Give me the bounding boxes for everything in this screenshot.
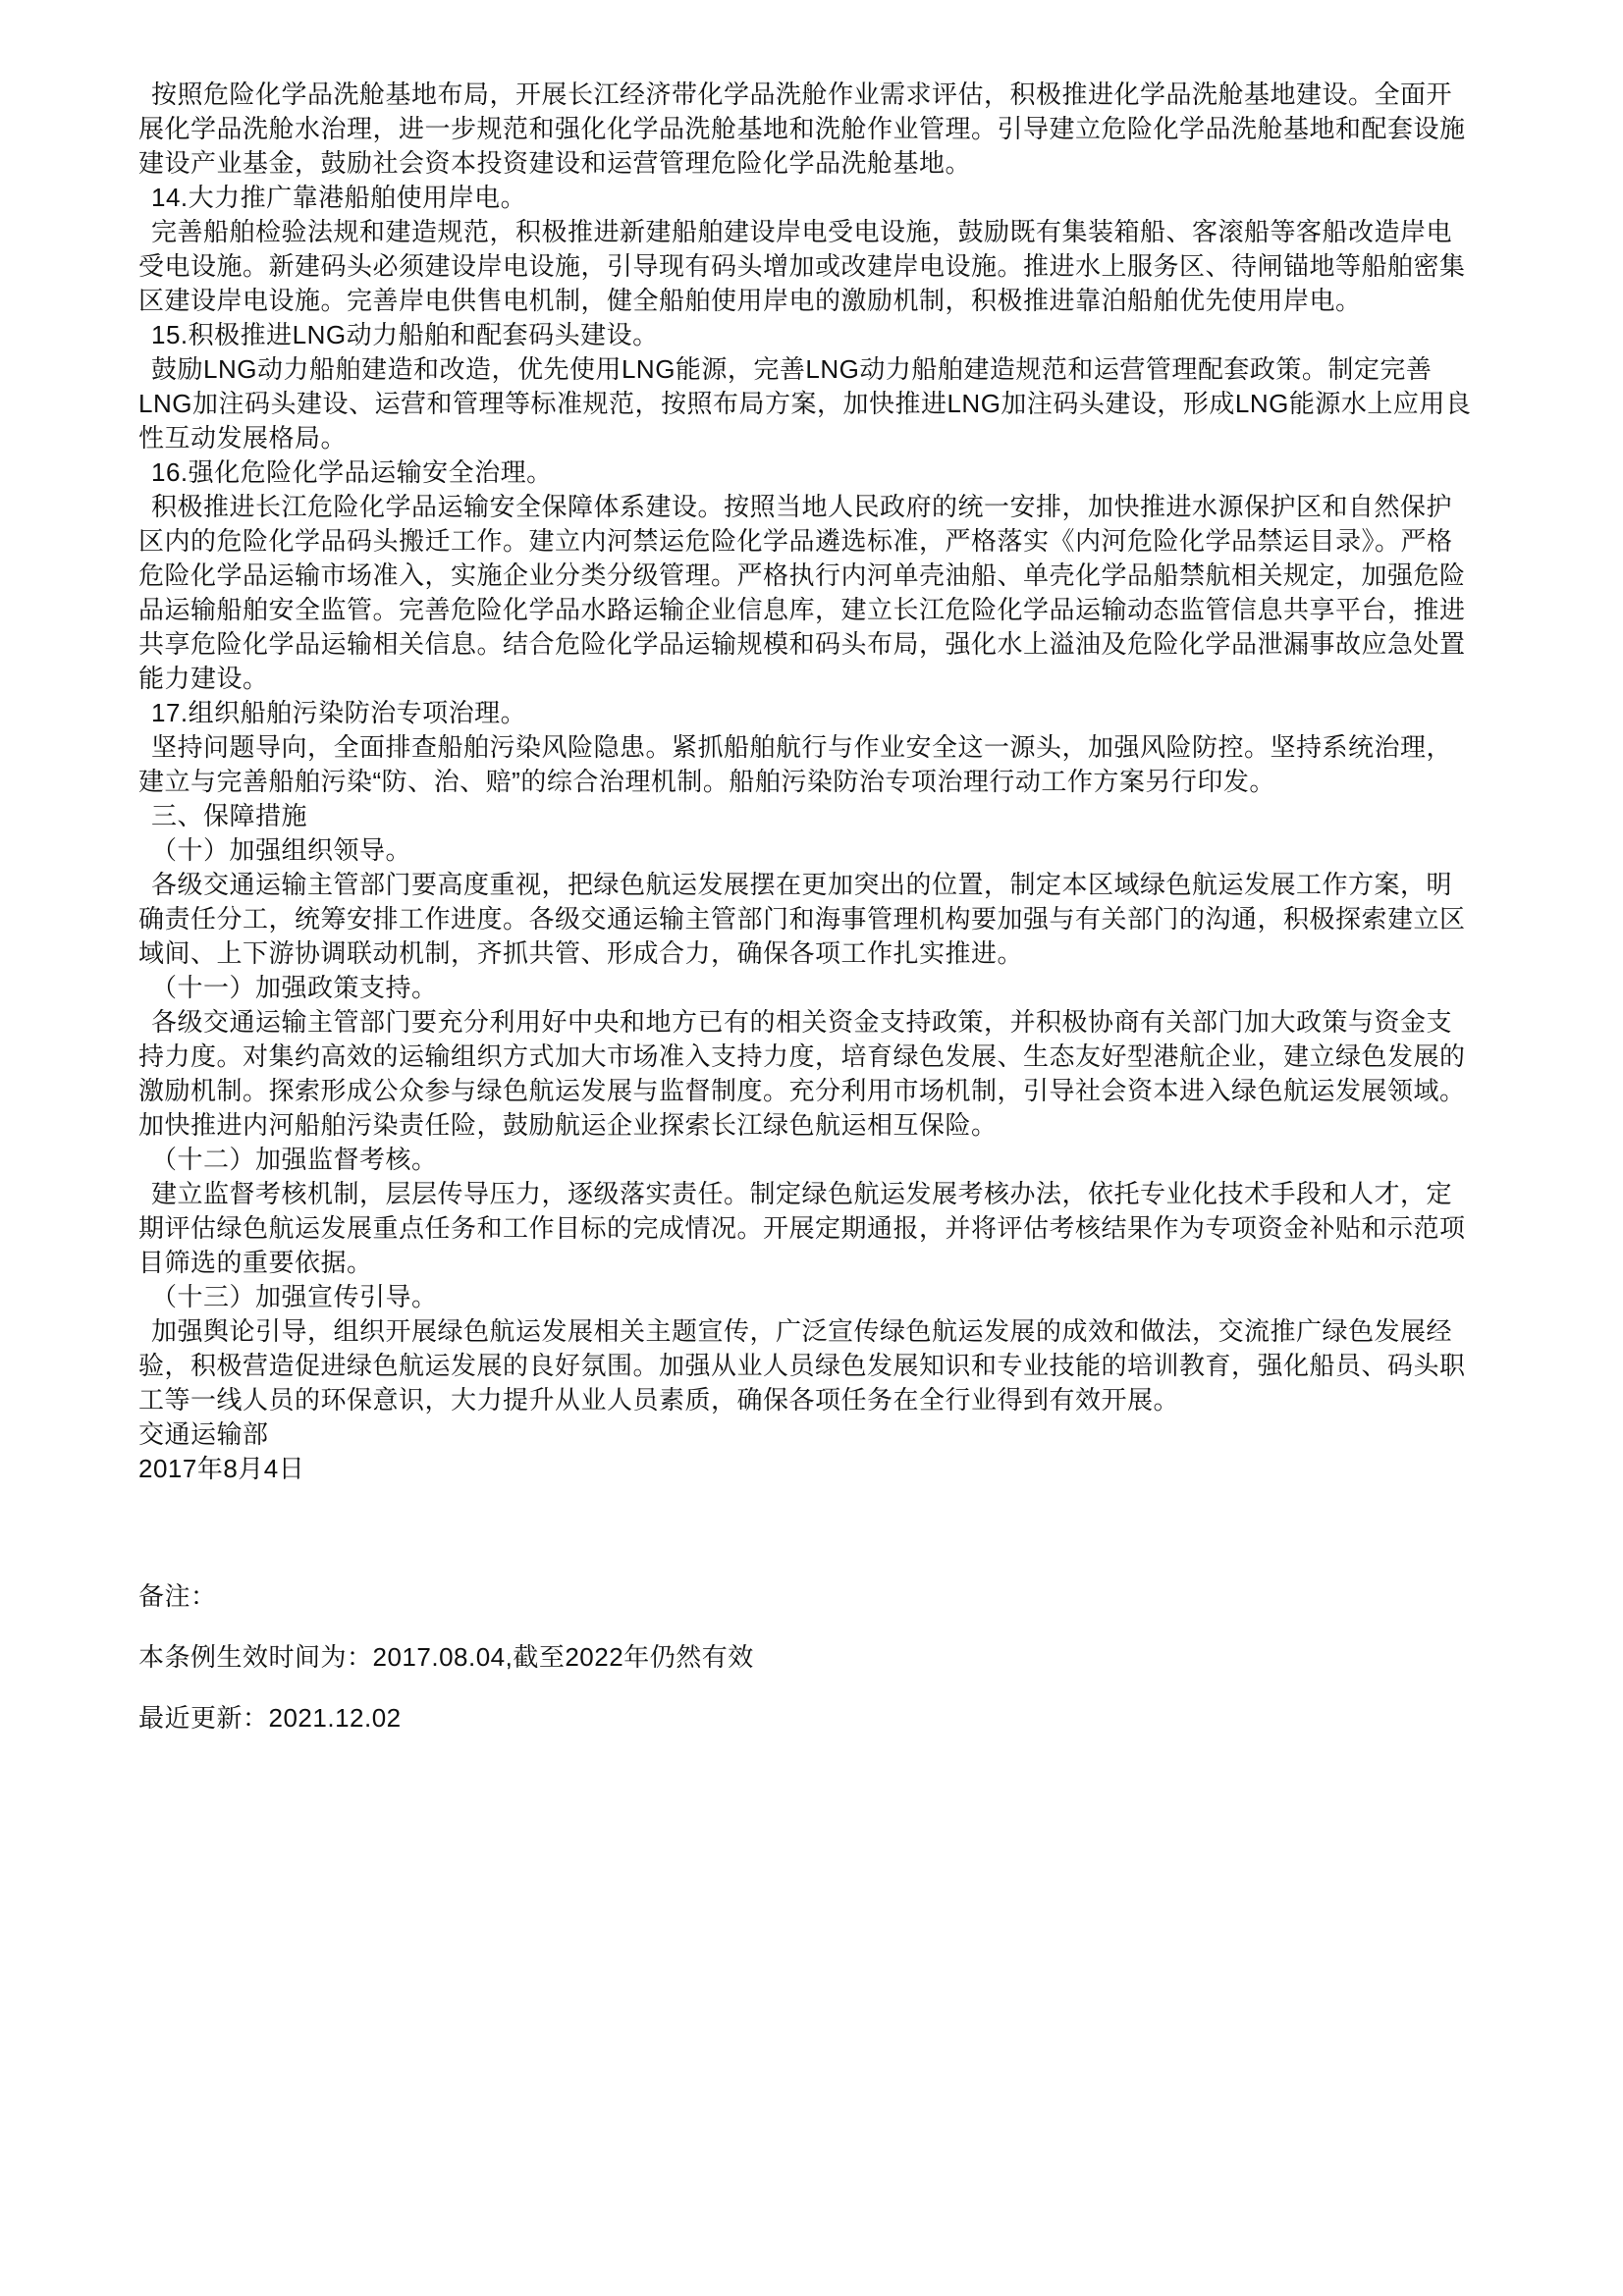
body-line: 展化学品洗舱水治理，进一步规范和强化化学品洗舱基地和洗舱作业管理。引导建立危险化…	[138, 112, 1552, 146]
body-line: （十三）加强宣传引导。	[138, 1280, 1552, 1314]
body-line: 各级交通运输主管部门要高度重视，把绿色航运发展摆在更加突出的位置，制定本区域绿色…	[138, 868, 1552, 902]
body-line: 16.强化危险化学品运输安全治理。	[138, 455, 1552, 490]
body-line: 坚持问题导向，全面排查船舶污染风险隐患。紧抓船舶航行与作业安全这一源头，加强风险…	[138, 730, 1552, 765]
page: 按照危险化学品洗舱基地布局，开展长江经济带化学品洗舱作业需求评估，积极推进化学品…	[0, 0, 1623, 2296]
body-line: 建设产业基金，鼓励社会资本投资建设和运营管理危险化学品洗舱基地。	[138, 146, 1552, 181]
body-line: 共享危险化学品运输相关信息。结合危险化学品运输规模和码头布局，强化水上溢油及危险…	[138, 627, 1552, 662]
body-line: LNG加注码头建设、运营和管理等标准规范，按照布局方案，加快推进LNG加注码头建…	[138, 387, 1552, 421]
notes-section: 备注：本条例生效时间为：2017.08.04,截至2022年仍然有效最近更新：2…	[138, 1579, 1552, 1762]
body-line: 危险化学品运输市场准入，实施企业分类分级管理。严格执行内河单壳油船、单壳化学品船…	[138, 559, 1552, 593]
body-line: 期评估绿色航运发展重点任务和工作目标的完成情况。开展定期通报，并将评估考核结果作…	[138, 1211, 1552, 1246]
body-line: 完善船舶检验法规和建造规范，积极推进新建船舶建设岸电受电设施，鼓励既有集装箱船、…	[138, 215, 1552, 249]
body-line: （十一）加强政策支持。	[138, 971, 1552, 1005]
body-line: 加快推进内河船舶污染责任险，鼓励航运企业探索长江绿色航运相互保险。	[138, 1108, 1552, 1143]
body-line: 按照危险化学品洗舱基地布局，开展长江经济带化学品洗舱作业需求评估，积极推进化学品…	[138, 78, 1552, 112]
body-line: 激励机制。探索形成公众参与绿色航运发展与监督制度。充分利用市场机制，引导社会资本…	[138, 1074, 1552, 1108]
body-line: 能力建设。	[138, 662, 1552, 696]
body-line: 工等一线人员的环保意识，大力提升从业人员素质，确保各项任务在全行业得到有效开展。	[138, 1383, 1552, 1417]
body-line: 积极推进长江危险化学品运输安全保障体系建设。按照当地人民政府的统一安排，加快推进…	[138, 490, 1552, 524]
body-line: 区内的危险化学品码头搬迁工作。建立内河禁运危险化学品遴选标准，严格落实《内河危险…	[138, 524, 1552, 559]
note-line: 备注：	[138, 1579, 1552, 1614]
body-line: 域间、上下游协调联动机制，齐抓共管、形成合力，确保各项工作扎实推进。	[138, 936, 1552, 971]
body-line: 加强舆论引导，组织开展绿色航运发展相关主题宣传，广泛宣传绿色航运发展的成效和做法…	[138, 1314, 1552, 1349]
body-line: 14.大力推广靠港船舶使用岸电。	[138, 181, 1552, 215]
body-line: 持力度。对集约高效的运输组织方式加大市场准入支持力度，培育绿色发展、生态友好型港…	[138, 1040, 1552, 1074]
note-line: 最近更新：2021.12.02	[138, 1701, 1552, 1735]
body-line: 建立监督考核机制，层层传导压力，逐级落实责任。制定绿色航运发展考核办法，依托专业…	[138, 1177, 1552, 1211]
body-line: 确责任分工，统筹安排工作进度。各级交通运输主管部门和海事管理机构要加强与有关部门…	[138, 902, 1552, 936]
body-line: 交通运输部	[138, 1417, 1552, 1452]
body-line: 验，积极营造促进绿色航运发展的良好氛围。加强从业人员绿色发展知识和专业技能的培训…	[138, 1349, 1552, 1383]
body-line: 品运输船舶安全监管。完善危险化学品水路运输企业信息库，建立长江危险化学品运输动态…	[138, 593, 1552, 627]
body-line: 各级交通运输主管部门要充分利用好中央和地方已有的相关资金支持政策，并积极协商有关…	[138, 1005, 1552, 1040]
body-line: 三、保障措施	[138, 799, 1552, 833]
document-body: 按照危险化学品洗舱基地布局，开展长江经济带化学品洗舱作业需求评估，积极推进化学品…	[138, 78, 1552, 1486]
body-line: 目筛选的重要依据。	[138, 1246, 1552, 1280]
body-line: （十）加强组织领导。	[138, 833, 1552, 868]
body-line: 鼓励LNG动力船舶建造和改造，优先使用LNG能源，完善LNG动力船舶建造规范和运…	[138, 352, 1552, 387]
body-line: 受电设施。新建码头必须建设岸电设施，引导现有码头增加或改建岸电设施。推进水上服务…	[138, 249, 1552, 284]
body-line: 区建设岸电设施。完善岸电供售电机制，健全船舶使用岸电的激励机制，积极推进靠泊船舶…	[138, 284, 1552, 318]
body-line: 17.组织船舶污染防治专项治理。	[138, 696, 1552, 730]
body-line: 建立与完善船舶污染“防、治、赔”的综合治理机制。船舶污染防治专项治理行动工作方案…	[138, 765, 1552, 799]
body-line: 2017年8月4日	[138, 1452, 1552, 1486]
note-line: 本条例生效时间为：2017.08.04,截至2022年仍然有效	[138, 1640, 1552, 1675]
body-line: 性互动发展格局。	[138, 421, 1552, 455]
body-line: 15.积极推进LNG动力船舶和配套码头建设。	[138, 318, 1552, 352]
body-line: （十二）加强监督考核。	[138, 1143, 1552, 1177]
